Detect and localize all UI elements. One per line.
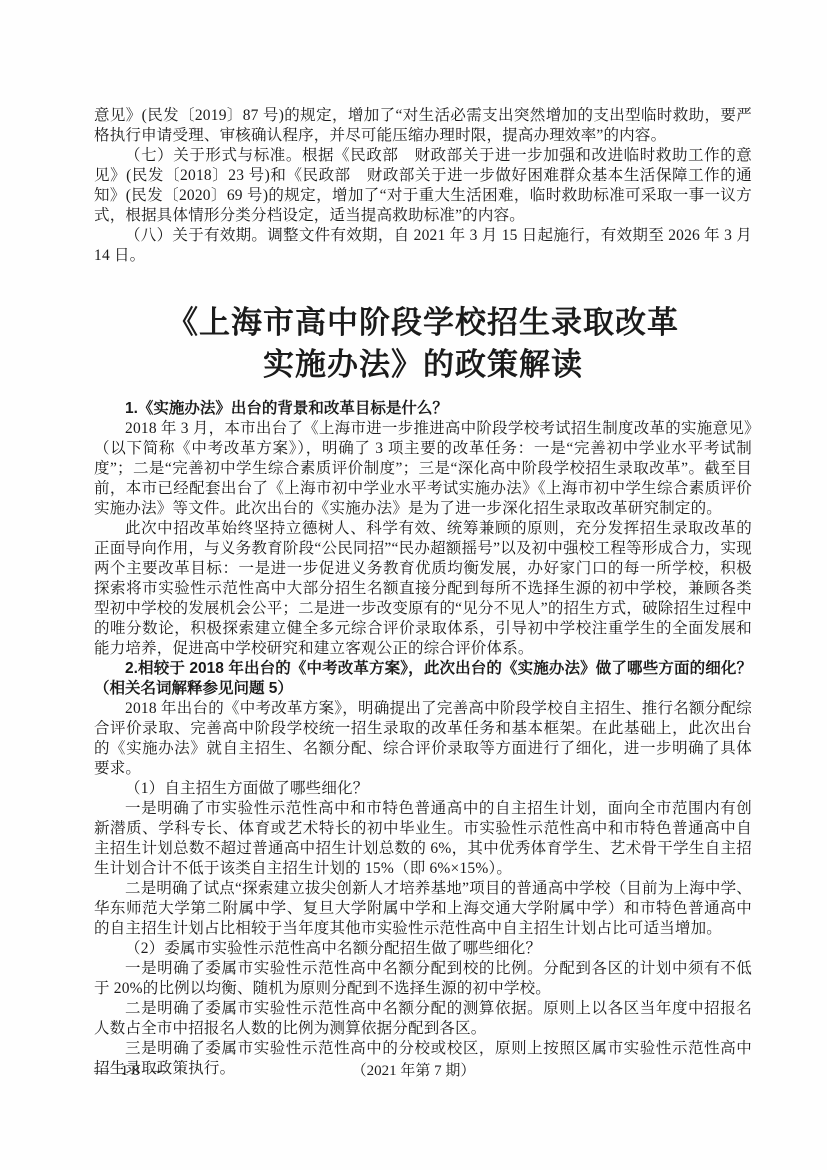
issue-label: （2021 年第 7 期） [352, 1060, 476, 1082]
paragraph: 一是明确了委属市实验性示范性高中名额分配到校的比例。分配到各区的计划中须有不低于… [94, 959, 752, 999]
document-page: 意见》(民发〔2019〕87 号)的规定，增加了“对生活必需支出突然增加的支出型… [0, 0, 827, 1170]
article-body: 1.《实施办法》出台的背景和改革目标是什么？ 2018 年 3 月，本市出台了《… [94, 399, 752, 1079]
page-content: 意见》(民发〔2019〕87 号)的规定，增加了“对生活必需支出突然增加的支出型… [94, 106, 752, 1079]
article-title-line-2: 实施办法》的政策解读 [94, 344, 752, 386]
paragraph: （七）关于形式与标准。根据《民政部 财政部关于进一步加强和改进临时救助工作的意见… [94, 146, 752, 226]
paragraph: 2018 年 3 月，本市出台了《上海市进一步推进高中阶段学校考试招生制度改革的… [94, 419, 752, 519]
article-title-line-1: 《上海市高中阶段学校招生录取改革 [94, 302, 752, 344]
paragraph: 意见》(民发〔2019〕87 号)的规定，增加了“对生活必需支出突然增加的支出型… [94, 106, 752, 146]
paragraph: （八）关于有效期。调整文件有效期，自 2021 年 3 月 15 日起施行，有效… [94, 226, 752, 266]
sub-question: （2）委属市实验性示范性高中名额分配招生做了哪些细化？ [94, 939, 752, 959]
question-heading: 2.相较于 2018 年出台的《中考改革方案》，此次出台的《实施办法》做了哪些方… [94, 659, 752, 699]
paragraph: 此次中招改革始终坚持立德树人、科学有效、统筹兼顾的原则，充分发挥招生录取改革的正… [94, 519, 752, 659]
article-title: 《上海市高中阶段学校招生录取改革 实施办法》的政策解读 [94, 302, 752, 386]
paragraph: 二是明确了委属市实验性示范性高中名额分配的测算依据。原则上以各区当年度中招报名人… [94, 999, 752, 1039]
paragraph: 二是明确了试点“探索建立拔尖创新人才培养基地”项目的普通高中学校（目前为上海中学… [94, 879, 752, 939]
paragraph: 一是明确了市实验性示范性高中和市特色普通高中的自主招生计划，面向全市范围内有创新… [94, 799, 752, 879]
previous-article-end: 意见》(民发〔2019〕87 号)的规定，增加了“对生活必需支出突然增加的支出型… [94, 106, 752, 266]
question-heading: 1.《实施办法》出台的背景和改革目标是什么？ [94, 399, 752, 419]
paragraph: 2018 年出台的《中考改革方案》，明确提出了完善高中阶段学校自主招生、推行名额… [94, 699, 752, 779]
sub-question: （1）自主招生方面做了哪些细化？ [94, 779, 752, 799]
page-footer: — 18 — （2021 年第 7 期） [0, 1060, 827, 1082]
page-number: — 18 — [94, 1060, 171, 1082]
